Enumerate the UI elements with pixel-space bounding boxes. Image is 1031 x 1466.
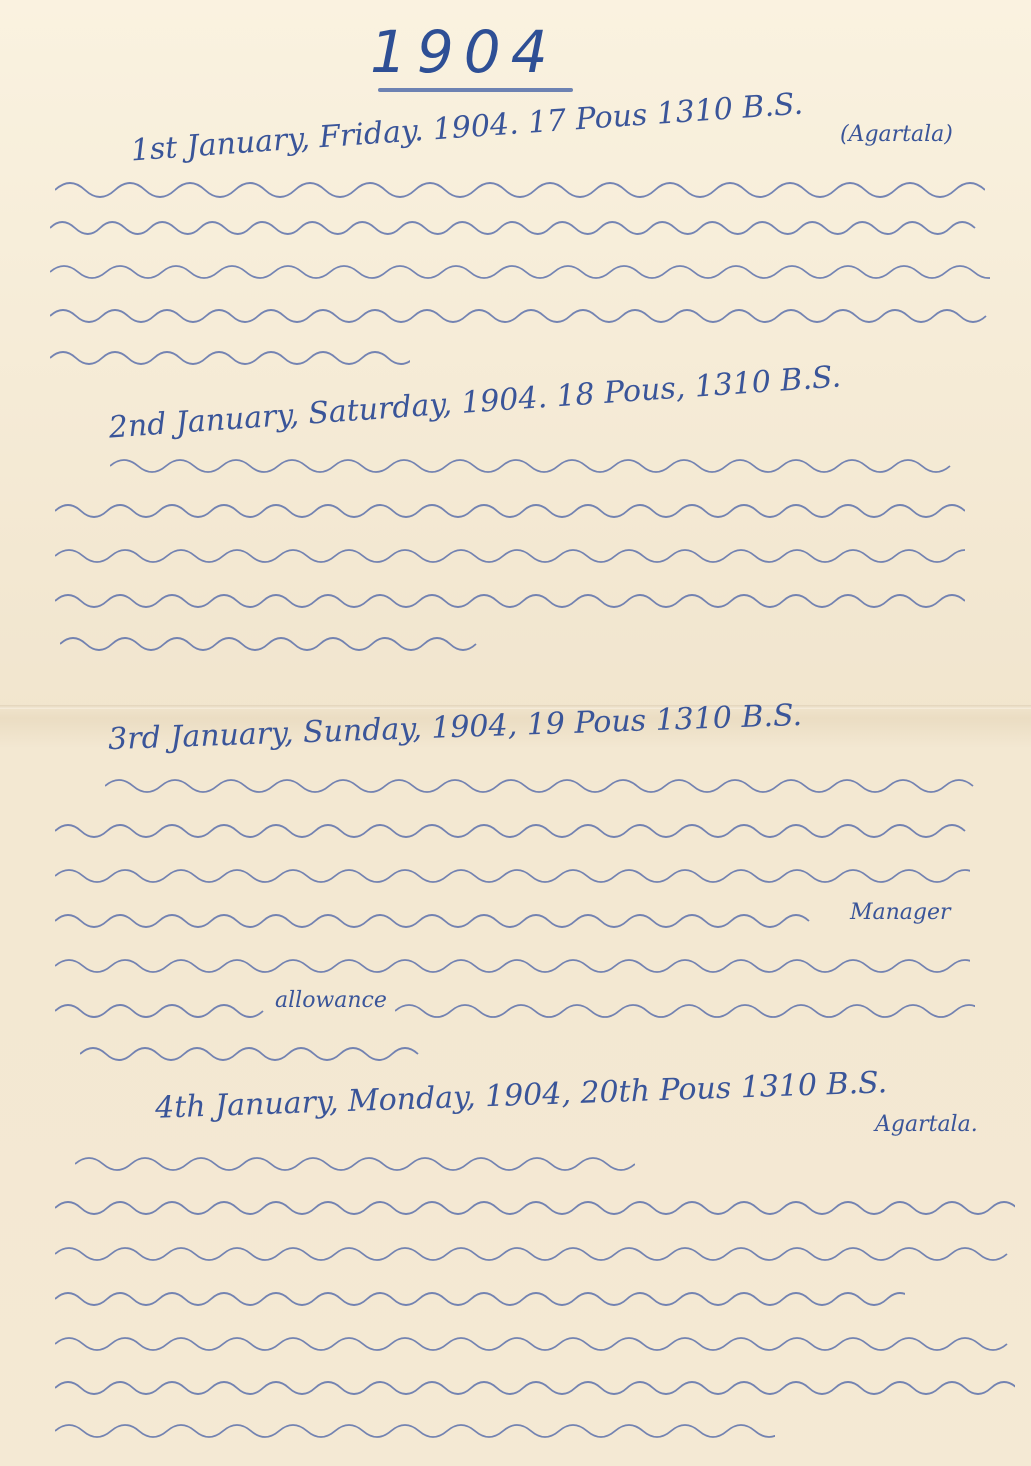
handwritten-line <box>55 540 965 566</box>
year-underline <box>378 88 573 92</box>
handwritten-line <box>50 256 990 282</box>
handwritten-line <box>55 585 965 611</box>
handwritten-line <box>50 300 990 326</box>
page-year-title: 1904 <box>370 18 558 86</box>
handwritten-line <box>395 995 975 1021</box>
handwritten-line <box>55 995 265 1021</box>
handwritten-line <box>55 815 970 841</box>
handwritten-line <box>55 950 970 976</box>
inline-english-allowance: allowance <box>275 988 387 1013</box>
handwritten-line <box>55 1192 1015 1218</box>
handwritten-line <box>55 860 970 886</box>
handwritten-line <box>55 495 965 521</box>
handwritten-line <box>55 172 985 198</box>
handwritten-line <box>105 770 975 796</box>
handwritten-line <box>110 450 960 476</box>
handwritten-line <box>55 905 815 931</box>
inline-english-manager: Manager <box>850 900 951 925</box>
handwritten-line <box>60 628 480 654</box>
handwritten-line <box>50 212 990 238</box>
handwritten-line <box>55 1283 905 1309</box>
handwritten-line <box>55 1372 1015 1398</box>
handwritten-line <box>55 1415 775 1441</box>
handwritten-line <box>75 1148 635 1174</box>
handwritten-line <box>80 1038 420 1064</box>
handwritten-line <box>55 1238 1015 1264</box>
entry-4-place: Agartala. <box>875 1112 978 1137</box>
handwritten-line <box>50 342 410 368</box>
handwritten-line <box>55 1328 1015 1354</box>
entry-1-place: (Agartala) <box>840 122 953 147</box>
